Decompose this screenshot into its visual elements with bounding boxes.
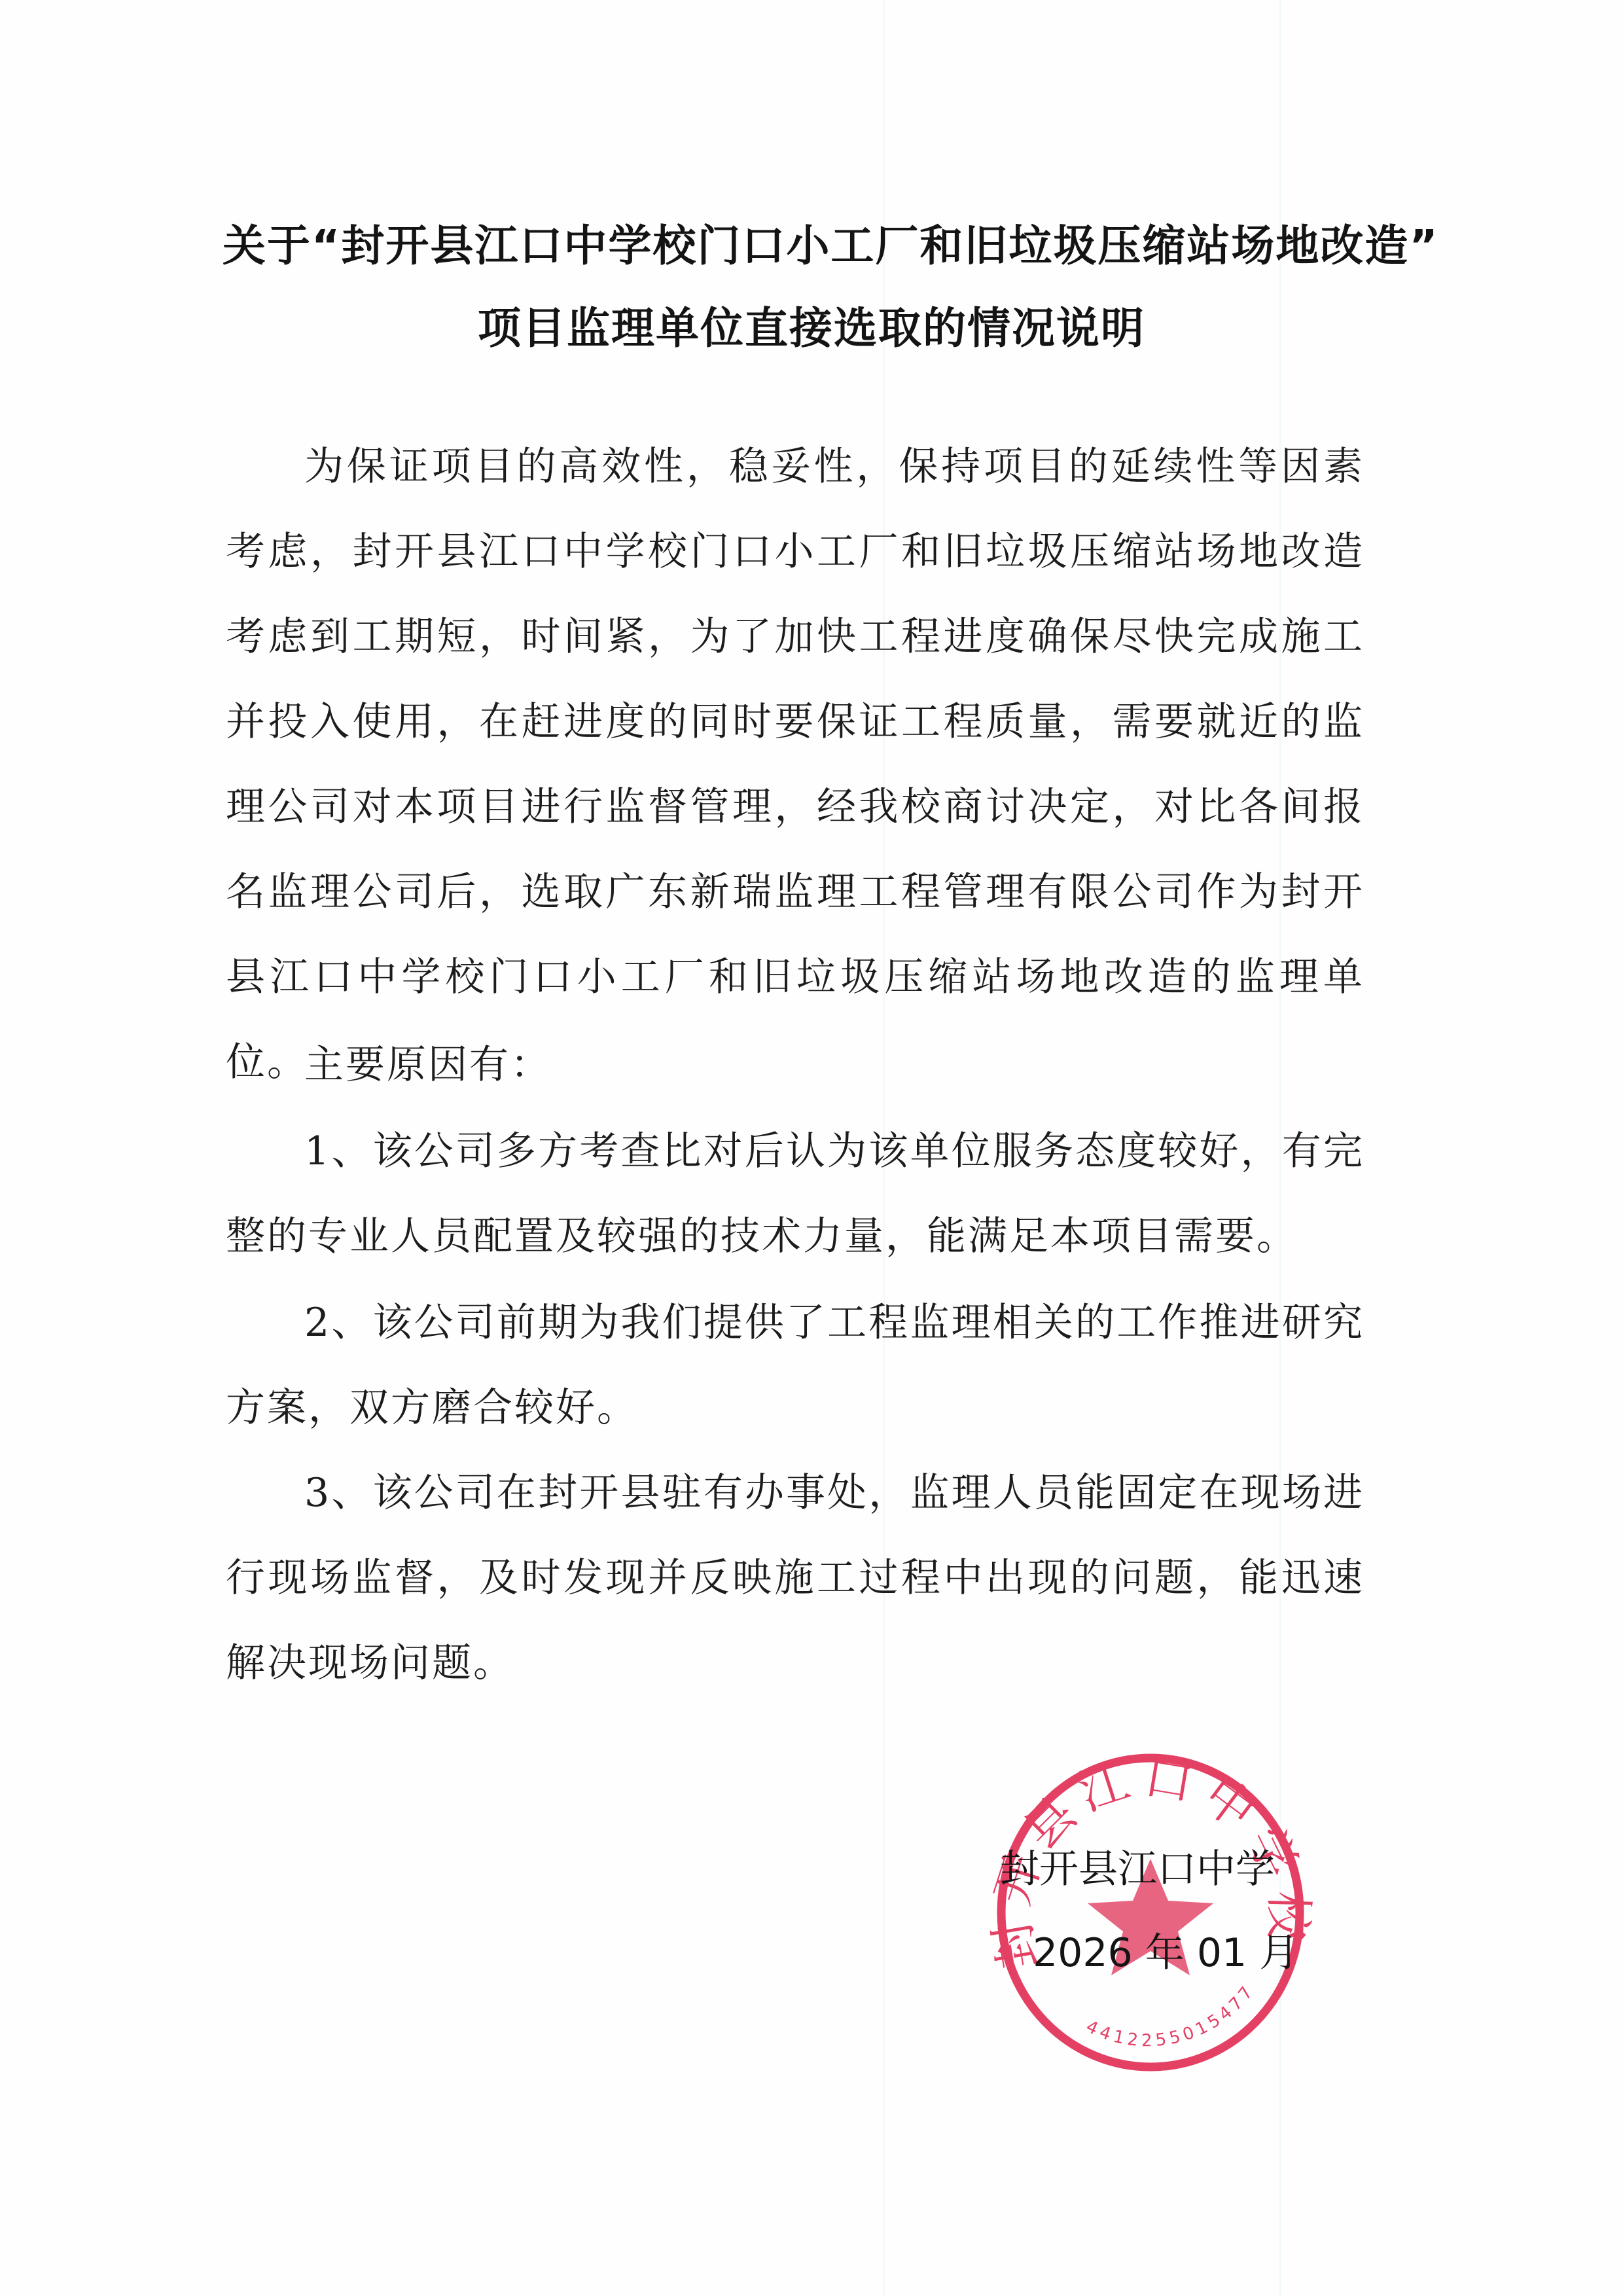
paragraph-text: 2、该公司前期为我们提供了工程监理相关的工作推进研究方案，双方磨合较好。 (226, 1280, 1364, 1450)
document-title-line-2: 项目监理单位直接选取的情况说明 (223, 293, 1400, 355)
paragraph-text: 为保证项目的高效性，稳妥性，保持项目的延续性等因素考虑，封开县江口中学校门口小工… (226, 424, 1364, 1105)
signature-organization: 封开县江口中学 (1000, 1838, 1275, 1894)
body-paragraph-reason-2: 2、该公司前期为我们提供了工程监理相关的工作推进研究方案，双方磨合较好。 (226, 1280, 1364, 1450)
body-paragraph-reason-1: 1、该公司多方考查比对后认为该单位服务态度较好，有完整的专业人员配置及较强的技术… (226, 1109, 1364, 1279)
official-seal-stamp: 封开县江口中学校 4412255015477 (987, 1749, 1314, 2076)
body-paragraph-intro: 为保证项目的高效性，稳妥性，保持项目的延续性等因素考虑，封开县江口中学校门口小工… (226, 424, 1364, 1105)
paragraph-text: 1、该公司多方考查比对后认为该单位服务态度较好，有完整的专业人员配置及较强的技术… (226, 1109, 1364, 1279)
document-page: 关于“封开县江口中学校门口小工厂和旧垃圾压缩站场地改造” 项目监理单位直接选取的… (0, 0, 1623, 2296)
paragraph-text: 主要原因有： (226, 1022, 1364, 1107)
paragraph-text: 3、该公司在封开县驻有办事处，监理人员能固定在现场进行现场监督，及时发现并反映施… (226, 1450, 1364, 1706)
body-paragraph-reason-3: 3、该公司在封开县驻有办事处，监理人员能固定在现场进行现场监督，及时发现并反映施… (226, 1450, 1364, 1706)
document-title-line-1: 关于“封开县江口中学校门口小工厂和旧垃圾压缩站场地改造” (223, 211, 1400, 273)
body-paragraph-reasons-heading: 主要原因有： (226, 1022, 1364, 1107)
signature-date: 2026 年 01 月 (1033, 1922, 1298, 1978)
